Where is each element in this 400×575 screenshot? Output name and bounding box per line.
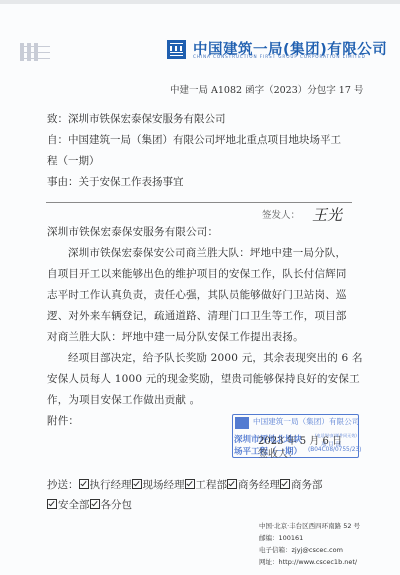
cc-list-cont: 安全部各分包 [47, 497, 132, 512]
checkbox-checked-icon [185, 479, 195, 489]
cc-list: 抄送：执行经理现场经理工程部商务经理商务部 [47, 477, 323, 492]
cc-item: 商务经理 [238, 479, 280, 491]
cscec-logo-icon [167, 40, 186, 59]
to-label: 致： [47, 113, 68, 125]
paragraph1-line: 逻、对外来车辆登记，疏通道路、清理门口卫生等工作，项目部 [47, 308, 347, 323]
from-field: 自：中国建筑一局（集团）有限公司坪地北重点项目地块场平工 [47, 132, 341, 147]
from-value: 中国建筑一局（集团）有限公司坪地北重点项目地块场平工 [68, 134, 341, 146]
cc-item: 工程部 [196, 479, 228, 491]
checkbox-checked-icon [227, 479, 237, 489]
checkbox-checked-icon [47, 499, 57, 509]
paragraph1-line: 深圳市铁保宏泰保安公司商兰胜大队：坪地中建一局分队， [68, 245, 346, 260]
signer-label: 签发人： [262, 207, 300, 221]
company-name-en: CHINA CONSTRUCTION FIRST GROUP CORPORATI… [193, 54, 366, 59]
document-number: 中建一局 A1082 函字（2023）分包字 17 号 [170, 82, 363, 96]
to-field: 致：深圳市铁保宏泰保安服务有限公司 [47, 111, 226, 126]
paragraph1-line: 对商兰胜大队：坪地中建一局分队安保工作提出表扬。 [47, 329, 304, 344]
signer-signature: 王光 [312, 204, 342, 225]
attachment-label: 附件： [47, 413, 79, 428]
paragraph2-line: 经项目部决定，给予队长奖励 2000 元，其余表现突出的 6 名 [68, 350, 363, 365]
footer-postcode: 邮编：100161 [259, 533, 303, 542]
cc-item: 现场经理 [143, 479, 185, 491]
from-field-cont: 程（一期） [47, 153, 100, 168]
from-label: 自： [47, 134, 68, 146]
checkbox-checked-icon [280, 479, 290, 489]
subject-field: 事由：关于安保工作表扬事宜 [47, 174, 184, 189]
checkbox-checked-icon [90, 499, 100, 509]
to-value: 深圳市铁保宏泰保安服务有限公司 [68, 113, 226, 125]
stamp-title: 中国建筑一局（集团）有限公司 [253, 416, 359, 427]
stamp-logo-icon [235, 417, 249, 429]
footer-website: 网址：http://www.cscec1b.net/ [259, 557, 357, 566]
cc-item: 商务部 [291, 479, 323, 491]
header-divider [46, 202, 352, 203]
subject-value: 关于安保工作表扬事宜 [79, 176, 184, 188]
subject-label: 事由： [47, 176, 79, 188]
salutation: 深圳市铁保宏泰保安服务有限公司： [47, 224, 218, 239]
footer-address: 中国·北京·丰台区西四环南路 52 号 [259, 521, 360, 530]
receiver-label: 签收人： [258, 445, 298, 460]
watermark-logo-icon [20, 43, 52, 61]
cc-item: 执行经理 [90, 479, 132, 491]
paragraph1-line: 志平时工作认真负责，责任心强，其队员能够做好门卫站岗、巡 [47, 287, 347, 302]
stamp-code: (B04C08/0755/23) [308, 447, 361, 453]
cc-label: 抄送： [47, 479, 79, 491]
paragraph1-line: 自项目开工以来能够出色的维护项目的安保工作，队长付信辉同 [47, 266, 347, 281]
paragraph2-line: 安保人员每人 1000 元的现金奖励，望贵司能够保持良好的安保工 [47, 371, 360, 386]
cc-item: 各分包 [101, 499, 133, 511]
checkbox-checked-icon [79, 479, 89, 489]
checkbox-checked-icon [132, 479, 142, 489]
footer-email: 电子信箱：zjyj@cscec.com [259, 545, 343, 554]
cc-item: 安全部 [58, 499, 90, 511]
paragraph2-line: 作，为项目安保工作做出贡献 。 [47, 392, 200, 407]
